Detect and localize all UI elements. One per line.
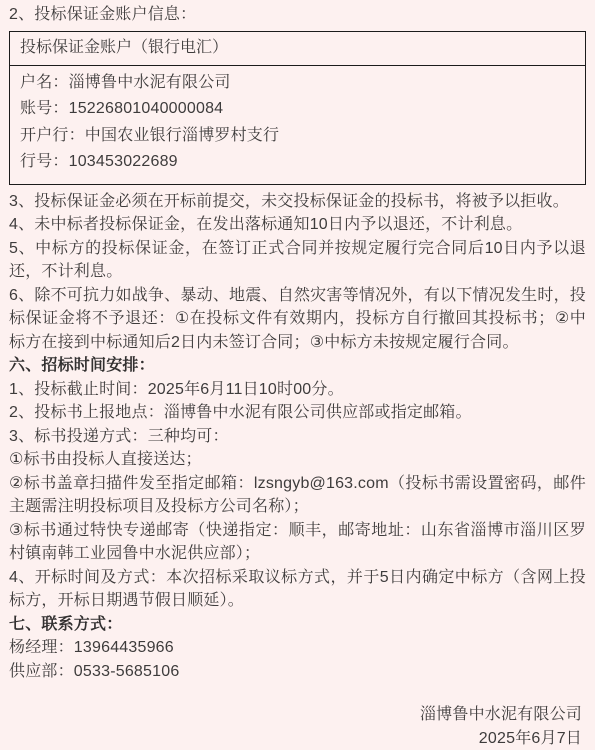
schedule-item-bid-opening: 4、开标时间及方式：本次招标采取议标方式，并于5日内确定中标方（含网上投标方，开… (9, 566, 586, 613)
schedule-item-delivery-methods: 3、标书投递方式：三种均可： (9, 425, 586, 449)
signature-company: 淄博鲁中水泥有限公司 (9, 703, 582, 727)
tender-document: 2、投标保证金账户信息： 投标保证金账户（银行电汇） 户名：淄博鲁中水泥有限公司… (0, 0, 595, 750)
deposit-account-table: 投标保证金账户（银行电汇） 户名：淄博鲁中水泥有限公司 账号：152268010… (9, 31, 586, 185)
delivery-method-express: ③标书通过特快专递邮寄（快递指定：顺丰，邮寄地址：山东省淄博市淄川区罗村镇南韩工… (9, 519, 586, 566)
account-table-body-row: 户名：淄博鲁中水泥有限公司 账号：15226801040000084 开户行：中… (10, 65, 586, 184)
schedule-section-heading: 六、招标时间安排： (9, 354, 586, 378)
bank-code: 行号：103453022689 (20, 149, 575, 176)
schedule-item-deadline: 1、投标截止时间：2025年6月11日10时00分。 (9, 378, 586, 402)
contact-supply-dept-phone: 供应部：0533-5685106 (9, 660, 586, 684)
account-table-body-cell: 户名：淄博鲁中水泥有限公司 账号：15226801040000084 开户行：中… (10, 65, 586, 184)
account-number: 账号：15226801040000084 (20, 96, 575, 123)
deposit-rule-3: 3、投标保证金必须在开标前提交，未交投标保证金的投标书，将被予以拒收。 (9, 190, 586, 214)
deposit-account-info-title: 2、投标保证金账户信息： (9, 3, 586, 27)
contact-manager-phone: 杨经理：13964435966 (9, 636, 586, 660)
signature-block: 淄博鲁中水泥有限公司 2025年6月7日 (9, 703, 586, 750)
deposit-rule-6: 6、除不可抗力如战争、暴动、地震、自然灾害等情况外，有以下情况发生时，投标保证金… (9, 284, 586, 355)
account-table-header: 投标保证金账户（银行电汇） (10, 31, 586, 65)
signature-date: 2025年6月7日 (9, 727, 582, 750)
account-table-header-row: 投标保证金账户（银行电汇） (10, 31, 586, 65)
delivery-method-email: ②标书盖章扫描件发至指定邮箱：lzsngyb@163.com（投标书需设置密码，… (9, 472, 586, 519)
bank-branch: 开户行：中国农业银行淄博罗村支行 (20, 123, 575, 150)
delivery-method-direct: ①标书由投标人直接送达； (9, 448, 586, 472)
deposit-rule-5: 5、中标方的投标保证金，在签订正式合同并按规定履行完合同后10日内予以退还，不计… (9, 237, 586, 284)
deposit-rule-4: 4、未中标者投标保证金，在发出落标通知10日内予以退还，不计利息。 (9, 213, 586, 237)
contact-section-heading: 七、联系方式： (9, 613, 586, 637)
schedule-item-submit-location: 2、投标书上报地点：淄博鲁中水泥有限公司供应部或指定邮箱。 (9, 401, 586, 425)
account-holder-name: 户名：淄博鲁中水泥有限公司 (20, 70, 575, 97)
